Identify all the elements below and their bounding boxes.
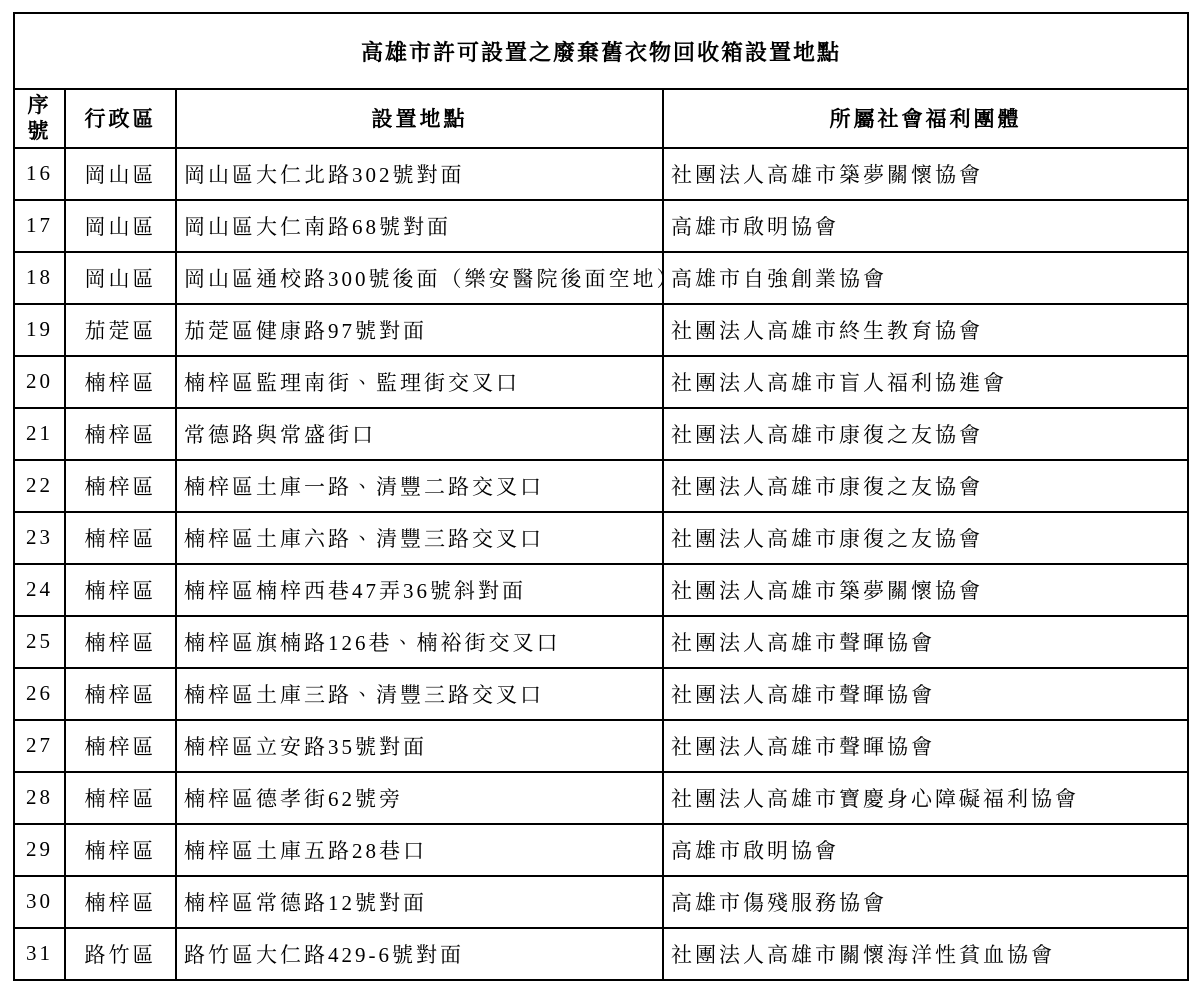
cell-organization: 高雄市自強創業協會 [663,252,1188,304]
cell-district: 岡山區 [65,252,176,304]
cell-serial-number: 24 [14,564,65,616]
cell-location: 岡山區通校路300號後面（樂安醫院後面空地） [176,252,663,304]
table-row: 28 楠梓區 楠梓區德孝街62號旁 社團法人高雄市寶慶身心障礙福利協會 [14,772,1188,824]
header-organization: 所屬社會福利團體 [663,89,1188,148]
table-row: 31 路竹區 路竹區大仁路429-6號對面 社團法人高雄市關懷海洋性貧血協會 [14,928,1188,980]
cell-district: 楠梓區 [65,564,176,616]
table-header-row: 序號 行政區 設置地點 所屬社會福利團體 [14,89,1188,148]
cell-location: 楠梓區土庫三路、清豐三路交叉口 [176,668,663,720]
header-location: 設置地點 [176,89,663,148]
header-district: 行政區 [65,89,176,148]
table-row: 23 楠梓區 楠梓區土庫六路、清豐三路交叉口 社團法人高雄市康復之友協會 [14,512,1188,564]
cell-district: 楠梓區 [65,616,176,668]
cell-location: 楠梓區楠梓西巷47弄36號斜對面 [176,564,663,616]
table-row: 27 楠梓區 楠梓區立安路35號對面 社團法人高雄市聲暉協會 [14,720,1188,772]
cell-serial-number: 27 [14,720,65,772]
cell-organization: 社團法人高雄市關懷海洋性貧血協會 [663,928,1188,980]
table-row: 20 楠梓區 楠梓區監理南街、監理街交叉口 社團法人高雄市盲人福利協進會 [14,356,1188,408]
cell-organization: 社團法人高雄市築夢關懷協會 [663,148,1188,200]
table-row: 26 楠梓區 楠梓區土庫三路、清豐三路交叉口 社團法人高雄市聲暉協會 [14,668,1188,720]
cell-serial-number: 26 [14,668,65,720]
table-row: 24 楠梓區 楠梓區楠梓西巷47弄36號斜對面 社團法人高雄市築夢關懷協會 [14,564,1188,616]
cell-organization: 社團法人高雄市康復之友協會 [663,408,1188,460]
cell-district: 楠梓區 [65,460,176,512]
cell-serial-number: 19 [14,304,65,356]
header-serial-number: 序號 [14,89,65,148]
cell-organization: 社團法人高雄市盲人福利協進會 [663,356,1188,408]
cell-organization: 社團法人高雄市康復之友協會 [663,512,1188,564]
cell-serial-number: 30 [14,876,65,928]
cell-location: 楠梓區常德路12號對面 [176,876,663,928]
cell-district: 楠梓區 [65,408,176,460]
cell-district: 楠梓區 [65,876,176,928]
cell-location: 路竹區大仁路429-6號對面 [176,928,663,980]
cell-serial-number: 20 [14,356,65,408]
cell-location: 楠梓區土庫一路、清豐二路交叉口 [176,460,663,512]
table-row: 18 岡山區 岡山區通校路300號後面（樂安醫院後面空地） 高雄市自強創業協會 [14,252,1188,304]
cell-serial-number: 21 [14,408,65,460]
cell-location: 岡山區大仁南路68號對面 [176,200,663,252]
table-row: 22 楠梓區 楠梓區土庫一路、清豐二路交叉口 社團法人高雄市康復之友協會 [14,460,1188,512]
cell-location: 楠梓區監理南街、監理街交叉口 [176,356,663,408]
cell-district: 楠梓區 [65,668,176,720]
cell-serial-number: 18 [14,252,65,304]
table-row: 25 楠梓區 楠梓區旗楠路126巷、楠裕街交叉口 社團法人高雄市聲暉協會 [14,616,1188,668]
document-page: 高雄市許可設置之廢棄舊衣物回收箱設置地點 序號 行政區 設置地點 所屬社會福利團… [0,0,1200,995]
cell-location: 岡山區大仁北路302號對面 [176,148,663,200]
table-row: 16 岡山區 岡山區大仁北路302號對面 社團法人高雄市築夢關懷協會 [14,148,1188,200]
cell-district: 路竹區 [65,928,176,980]
cell-organization: 社團法人高雄市聲暉協會 [663,616,1188,668]
table-row: 19 茄萣區 茄萣區健康路97號對面 社團法人高雄市終生教育協會 [14,304,1188,356]
cell-organization: 高雄市啟明協會 [663,200,1188,252]
cell-serial-number: 25 [14,616,65,668]
cell-serial-number: 16 [14,148,65,200]
table-row: 21 楠梓區 常德路與常盛街口 社團法人高雄市康復之友協會 [14,408,1188,460]
cell-organization: 高雄市傷殘服務協會 [663,876,1188,928]
cell-serial-number: 17 [14,200,65,252]
cell-location: 常德路與常盛街口 [176,408,663,460]
cell-district: 岡山區 [65,148,176,200]
cell-district: 楠梓區 [65,356,176,408]
cell-location: 楠梓區土庫六路、清豐三路交叉口 [176,512,663,564]
cell-organization: 高雄市啟明協會 [663,824,1188,876]
cell-serial-number: 23 [14,512,65,564]
table-title-row: 高雄市許可設置之廢棄舊衣物回收箱設置地點 [14,13,1188,89]
cell-serial-number: 28 [14,772,65,824]
cell-district: 岡山區 [65,200,176,252]
cell-organization: 社團法人高雄市築夢關懷協會 [663,564,1188,616]
cell-district: 楠梓區 [65,720,176,772]
cell-organization: 社團法人高雄市聲暉協會 [663,668,1188,720]
recycling-box-location-table: 高雄市許可設置之廢棄舊衣物回收箱設置地點 序號 行政區 設置地點 所屬社會福利團… [13,12,1189,981]
cell-location: 楠梓區土庫五路28巷口 [176,824,663,876]
cell-organization: 社團法人高雄市寶慶身心障礙福利協會 [663,772,1188,824]
table-row: 30 楠梓區 楠梓區常德路12號對面 高雄市傷殘服務協會 [14,876,1188,928]
cell-district: 楠梓區 [65,772,176,824]
cell-district: 楠梓區 [65,824,176,876]
cell-organization: 社團法人高雄市聲暉協會 [663,720,1188,772]
table-row: 29 楠梓區 楠梓區土庫五路28巷口 高雄市啟明協會 [14,824,1188,876]
cell-organization: 社團法人高雄市康復之友協會 [663,460,1188,512]
cell-location: 楠梓區德孝街62號旁 [176,772,663,824]
cell-serial-number: 29 [14,824,65,876]
cell-location: 楠梓區旗楠路126巷、楠裕街交叉口 [176,616,663,668]
cell-district: 楠梓區 [65,512,176,564]
cell-serial-number: 31 [14,928,65,980]
table-row: 17 岡山區 岡山區大仁南路68號對面 高雄市啟明協會 [14,200,1188,252]
table-body: 16 岡山區 岡山區大仁北路302號對面 社團法人高雄市築夢關懷協會 17 岡山… [14,148,1188,980]
cell-location: 楠梓區立安路35號對面 [176,720,663,772]
table-title: 高雄市許可設置之廢棄舊衣物回收箱設置地點 [14,13,1188,89]
cell-serial-number: 22 [14,460,65,512]
cell-district: 茄萣區 [65,304,176,356]
cell-organization: 社團法人高雄市終生教育協會 [663,304,1188,356]
cell-location: 茄萣區健康路97號對面 [176,304,663,356]
